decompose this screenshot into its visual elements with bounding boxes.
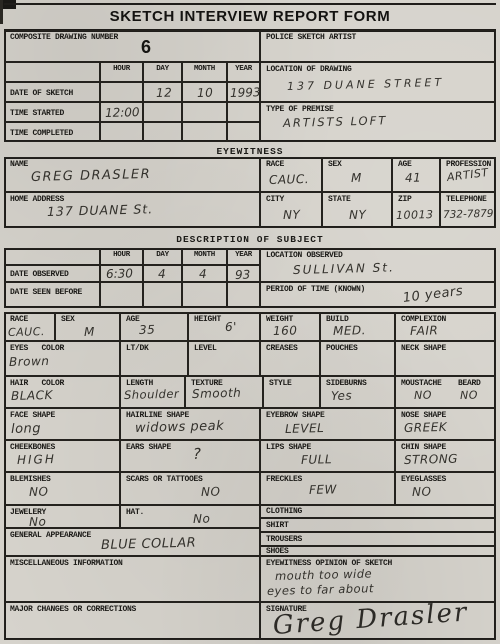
type-of-premise-value: ARTISTS LOFT	[283, 115, 388, 129]
age-label: AGE	[126, 316, 140, 324]
signature-value: Greg Drasler	[272, 597, 469, 641]
witness-zip-label: ZIP	[398, 196, 412, 204]
date-observed-month: 4	[199, 268, 207, 280]
clothing-cell: CLOTHING	[260, 505, 496, 518]
ears-shape-cell: EARS SHAPE?	[120, 440, 260, 472]
hair-style-cell: STYLE	[263, 376, 320, 408]
blemishes-value: NO	[29, 485, 49, 498]
period-of-time-cell: PERIOD OF TIME (KNOWN) 10 years	[260, 282, 496, 308]
creases-cell: CREASES	[260, 341, 320, 376]
date-of-sketch-year: 1993	[230, 86, 261, 99]
hair-style-label: STYLE	[269, 380, 292, 388]
sketch-day-header: DAY	[143, 62, 182, 82]
witness-race-value: CAUC.	[269, 173, 309, 186]
eyebrow-shape-value: LEVEL	[285, 422, 325, 435]
date-seen-before-label: DATE SEEN BEFORE	[10, 289, 82, 297]
blemishes-cell: BLEMISHESNO	[4, 472, 120, 505]
date-seen-before-month-cell	[182, 282, 227, 308]
type-of-premise-cell: TYPE OF PREMISE ARTISTS LOFT	[260, 102, 496, 142]
miscellaneous-label: MISCELLANEOUS INFORMATION	[10, 560, 123, 568]
ltdk-cell: LT/DK	[120, 341, 188, 376]
witness-phone-cell: TELEPHONE 732-7879	[440, 192, 496, 228]
hairline-shape-label: HAIRLINE SHAPE	[126, 412, 189, 420]
witness-name-label: NAME	[10, 161, 28, 169]
face-shape-label: FACE SHAPE	[10, 412, 55, 420]
level-label: LEVEL	[194, 345, 217, 353]
observed-year-header: YEAR	[227, 248, 260, 265]
sex-cell: SEXM	[55, 312, 120, 341]
complexion-cell: COMPLEXIONFAIR	[395, 312, 496, 341]
age-value: 35	[139, 324, 156, 336]
police-artist-label: POLICE SKETCH ARTIST	[266, 34, 356, 42]
eyes-color-label: EYES COLOR	[10, 345, 64, 353]
location-observed-label: LOCATION OBSERVED	[266, 252, 343, 260]
freckles-label: FRECKLES	[266, 476, 302, 484]
sketch-hour-header: HOUR	[100, 62, 143, 82]
date-observed-label: DATE OBSERVED	[10, 271, 69, 279]
jewelery-value: No	[29, 516, 47, 528]
hat-label: HAT.	[126, 509, 144, 517]
location-observed-cell: LOCATION OBSERVED SULLIVAN St.	[260, 248, 496, 282]
location-observed-value: SULLIVAN St.	[293, 261, 395, 276]
type-of-premise-label: TYPE OF PREMISE	[266, 106, 334, 114]
eyeglasses-label: EYEGLASSES	[401, 476, 446, 484]
neck-shape-label: NECK SHAPE	[401, 345, 446, 353]
shoes-label: SHOES	[266, 548, 289, 556]
nose-shape-label: NOSE SHAPE	[401, 412, 446, 420]
freckles-value: FEW	[309, 483, 337, 496]
observed-day-header: DAY	[143, 248, 182, 265]
witness-age-label: AGE	[398, 161, 412, 169]
shirt-label: SHIRT	[266, 522, 289, 530]
time-started-label-cell: TIME STARTED	[4, 102, 100, 122]
date-observed-label-cell: DATE OBSERVED	[4, 265, 100, 282]
shoes-cell: SHOES	[260, 546, 496, 556]
opinion-line2: eyes to far about	[267, 583, 374, 597]
time-started-hour-cell: 12:00	[100, 102, 143, 122]
date-seen-before-hour-cell	[100, 282, 143, 308]
nose-shape-cell: NOSE SHAPEGREEK	[395, 408, 496, 440]
clothing-label: CLOTHING	[266, 508, 302, 516]
trousers-cell: TROUSERS	[260, 532, 496, 546]
date-seen-before-label-cell: DATE SEEN BEFORE	[4, 282, 100, 308]
composite-number-value: 6	[141, 37, 151, 58]
hat-cell: HAT.No	[120, 505, 260, 528]
miscellaneous-cell: MISCELLANEOUS INFORMATION	[4, 556, 260, 602]
cheekbones-label: CHEEKBONES	[10, 444, 55, 452]
police-artist-cell: POLICE SKETCH ARTIST	[260, 30, 496, 62]
sideburns-value: Yes	[331, 389, 352, 402]
time-completed-day-cell	[143, 122, 182, 142]
time-started-hour: 12:00	[105, 106, 140, 119]
eyewitness-section-title: EYEWITNESS	[0, 146, 500, 157]
eyes-color-value: Brown	[9, 355, 50, 368]
month-header-label: MONTH	[183, 66, 226, 74]
major-changes-label: MAJOR CHANGES OR CORRECTIONS	[10, 606, 136, 614]
witness-state-value: NY	[349, 209, 367, 221]
date-observed-day: 4	[158, 268, 166, 280]
date-observed-day-cell: 4	[143, 265, 182, 282]
neck-shape-cell: NECK SHAPE	[395, 341, 496, 376]
date-of-sketch-label-cell: DATE OF SKETCH	[4, 82, 100, 102]
date-observed-hour-cell: 6:30	[100, 265, 143, 282]
witness-phone-label: TELEPHONE	[446, 196, 487, 204]
date-of-sketch-day: 12	[156, 87, 173, 99]
observed-grid-corner-cell	[4, 248, 100, 265]
observed-month-header-label: MONTH	[183, 252, 226, 260]
scars-tattooes-value: NO	[201, 485, 221, 498]
face-shape-value: long	[11, 422, 41, 436]
date-observed-year-cell: 93	[227, 265, 260, 282]
sideburns-cell: SIDEBURNSYes	[320, 376, 395, 408]
hair-texture-cell: TEXTURESmooth	[185, 376, 263, 408]
ltdk-label: LT/DK	[126, 345, 149, 353]
hat-value: No	[193, 513, 211, 525]
witness-state-cell: STATE NY	[322, 192, 392, 228]
witness-state-label: STATE	[328, 196, 351, 204]
witness-age-cell: AGE 41	[392, 157, 440, 192]
witness-sex-cell: SEX M	[322, 157, 392, 192]
signature-cell: SIGNATURE Greg Drasler	[260, 602, 496, 640]
witness-race-label: RACE	[266, 161, 284, 169]
ears-shape-label: EARS SHAPE	[126, 444, 171, 452]
date-of-sketch-hour-cell	[100, 82, 143, 102]
observed-hour-header: HOUR	[100, 248, 143, 265]
pouches-cell: POUCHES	[320, 341, 395, 376]
period-of-time-value: 10 years	[402, 285, 464, 305]
race-cell: RACECAUC.	[4, 312, 55, 341]
witness-sex-value: M	[351, 172, 362, 184]
composite-number-cell: COMPOSITE DRAWING NUMBER 6	[4, 30, 260, 62]
witness-name-cell: NAME GREG DRASLER	[4, 157, 260, 192]
witness-zip-cell: ZIP 10013	[392, 192, 440, 228]
freckles-cell: FRECKLESFEW	[260, 472, 395, 505]
creases-label: CREASES	[266, 345, 298, 353]
trousers-label: TROUSERS	[266, 536, 302, 544]
witness-age-value: 41	[405, 172, 422, 184]
location-of-drawing-cell: LOCATION OF DRAWING 137 DUANE STREET	[260, 62, 496, 102]
date-of-sketch-label: DATE OF SKETCH	[10, 90, 73, 98]
time-started-month-cell	[182, 102, 227, 122]
nose-shape-value: GREEK	[404, 421, 447, 434]
race-value: CAUC.	[8, 326, 45, 338]
observed-month-header: MONTH	[182, 248, 227, 265]
cheekbones-value: HIGH	[17, 453, 56, 466]
lips-shape-value: FULL	[301, 453, 332, 466]
weight-cell: WEIGHT160	[260, 312, 320, 341]
observed-day-header-label: DAY	[144, 252, 181, 260]
observed-hour-header-label: HOUR	[101, 252, 142, 260]
moustache-value: NO	[414, 390, 432, 401]
sketch-interview-report-form: SKETCH INTERVIEW REPORT FORM COMPOSITE D…	[0, 0, 500, 644]
location-of-drawing-label: LOCATION OF DRAWING	[266, 66, 352, 74]
age-cell: AGE35	[120, 312, 188, 341]
level-cell: LEVEL	[188, 341, 260, 376]
cheekbones-cell: CHEEKBONESHIGH	[4, 440, 120, 472]
height-value: 6'	[225, 321, 237, 333]
lips-shape-cell: LIPS SHAPEFULL	[260, 440, 395, 472]
opinion-cell: EYEWITNESS OPINION OF SKETCH mouth too w…	[260, 556, 496, 602]
sideburns-label: SIDEBURNS	[326, 380, 367, 388]
beard-value: NO	[460, 390, 478, 401]
period-of-time-label: PERIOD OF TIME (KNOWN)	[266, 286, 365, 294]
lips-shape-label: LIPS SHAPE	[266, 444, 311, 452]
hair-color-label: HAIR COLOR	[10, 380, 64, 388]
eyebrow-shape-label: EYEBROW SHAPE	[266, 412, 325, 420]
witness-profession-cell: PROFESSION ARTIST	[440, 157, 496, 192]
date-observed-month-cell: 4	[182, 265, 227, 282]
top-border-line	[4, 3, 496, 5]
date-observed-year: 93	[235, 269, 251, 281]
time-started-label: TIME STARTED	[10, 110, 64, 118]
build-value: MED.	[333, 324, 366, 337]
major-changes-cell: MAJOR CHANGES OR CORRECTIONS	[4, 602, 260, 640]
day-header-label: DAY	[144, 66, 181, 74]
hair-length-cell: LENGTHShoulder	[120, 376, 185, 408]
ears-shape-value: ?	[193, 447, 202, 462]
weight-value: 160	[273, 324, 298, 337]
page-title: SKETCH INTERVIEW REPORT FORM	[4, 8, 496, 25]
hair-length-value: Shoulder	[124, 389, 180, 402]
face-shape-cell: FACE SHAPElong	[4, 408, 120, 440]
scan-edge-artifact	[0, 0, 3, 24]
time-started-year-cell	[227, 102, 260, 122]
date-of-sketch-month: 10	[197, 87, 214, 99]
time-completed-hour-cell	[100, 122, 143, 142]
eyebrow-shape-cell: EYEBROW SHAPELEVEL	[260, 408, 395, 440]
witness-profession-value: ARTIST	[446, 167, 489, 183]
time-completed-label: TIME COMPLETED	[10, 130, 73, 138]
hairline-shape-cell: HAIRLINE SHAPEwidows peak	[120, 408, 260, 440]
witness-address-value: 137 DUANE St.	[47, 203, 153, 218]
sketch-grid-corner-cell	[4, 62, 100, 82]
time-completed-label-cell: TIME COMPLETED	[4, 122, 100, 142]
witness-city-label: CITY	[266, 196, 284, 204]
composite-number-label: COMPOSITE DRAWING NUMBER	[10, 34, 118, 42]
witness-address-cell: HOME ADDRESS 137 DUANE St.	[4, 192, 260, 228]
witness-zip-value: 10013	[396, 209, 434, 221]
location-of-drawing-value: 137 DUANE STREET	[287, 77, 444, 92]
general-appearance-value: BLUE COLLAR	[101, 537, 197, 552]
eyeglasses-cell: EYEGLASSESNO	[395, 472, 496, 505]
hair-color-cell: HAIR COLORBLACK	[4, 376, 120, 408]
year-header-label: YEAR	[228, 66, 259, 74]
beard-label: BEARD	[458, 380, 481, 388]
hairline-shape-value: widows peak	[135, 420, 225, 435]
chin-shape-value: STRONG	[404, 453, 458, 466]
sketch-year-header: YEAR	[227, 62, 260, 82]
jewelery-cell: JEWELERYNo	[4, 505, 120, 528]
hour-header-label: HOUR	[101, 66, 142, 74]
time-completed-month-cell	[182, 122, 227, 142]
opinion-line1: mouth too wide	[275, 568, 372, 582]
pouches-label: POUCHES	[326, 345, 358, 353]
date-of-sketch-day-cell: 12	[143, 82, 182, 102]
subject-section-title: DESCRIPTION OF SUBJECT	[0, 234, 500, 245]
date-of-sketch-year-cell: 1993	[227, 82, 260, 102]
sketch-month-header: MONTH	[182, 62, 227, 82]
witness-race-cell: RACE CAUC.	[260, 157, 322, 192]
height-cell: HEIGHT6'	[188, 312, 260, 341]
complexion-value: FAIR	[410, 324, 439, 337]
height-label: HEIGHT	[194, 316, 221, 324]
general-appearance-label: GENERAL APPEARANCE	[10, 532, 91, 540]
hair-texture-value: Smooth	[192, 387, 242, 400]
witness-sex-label: SEX	[328, 161, 342, 169]
witness-city-value: NY	[283, 209, 301, 221]
moustache-label: MOUSTACHE	[401, 380, 442, 388]
witness-city-cell: CITY NY	[260, 192, 322, 228]
eyes-color-cell: EYES COLORBrown	[4, 341, 120, 376]
witness-name-value: GREG DRASLER	[31, 168, 152, 184]
scars-tattooes-cell: SCARS OR TATTOOESNO	[120, 472, 260, 505]
time-started-day-cell	[143, 102, 182, 122]
race-label: RACE	[10, 316, 28, 324]
moustache-beard-cell: MOUSTACHE BEARD NO NO	[395, 376, 496, 408]
date-seen-before-year-cell	[227, 282, 260, 308]
observed-year-header-label: YEAR	[228, 252, 259, 260]
general-appearance-cell: GENERAL APPEARANCE BLUE COLLAR	[4, 528, 260, 556]
hair-color-value: BLACK	[11, 389, 53, 402]
scars-tattooes-label: SCARS OR TATTOOES	[126, 476, 203, 484]
eyeglasses-value: NO	[412, 485, 432, 498]
shirt-cell: SHIRT	[260, 518, 496, 532]
chin-shape-cell: CHIN SHAPESTRONG	[395, 440, 496, 472]
date-seen-before-day-cell	[143, 282, 182, 308]
sex-value: M	[84, 326, 95, 338]
blemishes-label: BLEMISHES	[10, 476, 51, 484]
chin-shape-label: CHIN SHAPE	[401, 444, 446, 452]
build-cell: BUILDMED.	[320, 312, 395, 341]
time-completed-year-cell	[227, 122, 260, 142]
date-of-sketch-month-cell: 10	[182, 82, 227, 102]
witness-phone-value: 732-7879	[443, 209, 494, 221]
sex-label: SEX	[61, 316, 75, 324]
date-observed-hour: 6:30	[106, 267, 133, 280]
